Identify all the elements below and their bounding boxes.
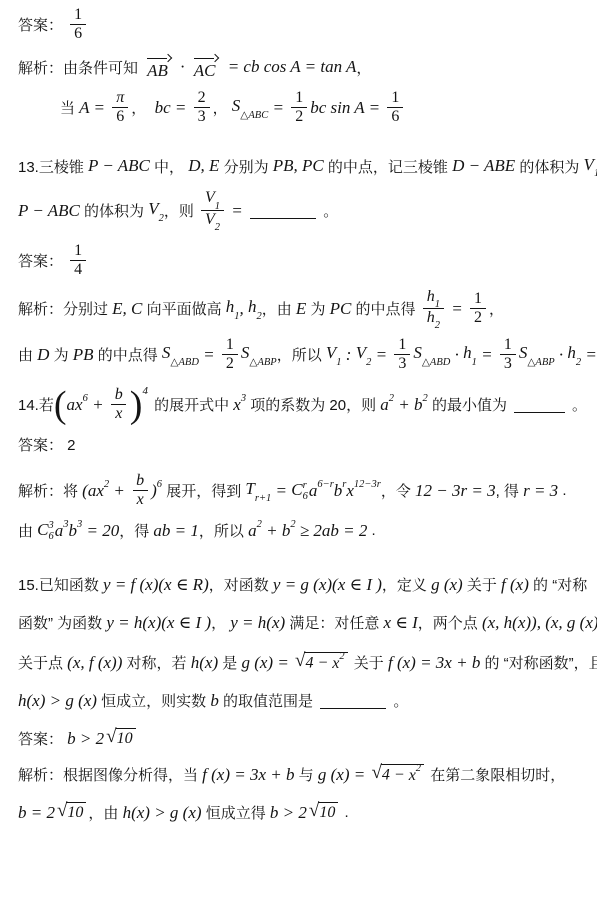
text-run: 的中点，记三棱锥 xyxy=(324,156,452,177)
math-run: h(x) > g (x) xyxy=(123,803,202,823)
fraction-numerator: b xyxy=(132,472,148,490)
text-run: 为 xyxy=(49,344,72,365)
math-symbol-sup: x2 xyxy=(332,655,344,672)
math-symbol-sub: S△ABC xyxy=(232,96,268,119)
fraction-denominator: h2 xyxy=(423,308,444,330)
math-run: 4 − xyxy=(305,655,332,672)
math-run: = xyxy=(447,299,467,319)
fraction-numerator: 2 xyxy=(194,89,210,107)
fraction-numerator: V1 xyxy=(201,189,224,210)
text-run: 在第二象限相切时， xyxy=(426,764,565,785)
fraction: π6 xyxy=(112,89,128,127)
math-run: ab = 1 xyxy=(153,521,198,541)
math-run: f (x) = 3x + b xyxy=(202,765,294,785)
answer-blank xyxy=(514,397,565,413)
text-run: 的取值范围是 xyxy=(219,690,317,711)
fraction-denominator: x xyxy=(111,404,126,423)
math-symbol-sup: ax2 xyxy=(88,481,109,501)
radicand: 4 − x2 xyxy=(304,652,347,672)
math-run: 10 xyxy=(319,804,335,821)
math-symbol-sub: S△ABP xyxy=(519,343,555,366)
answer-blank xyxy=(320,693,386,709)
math-run: b xyxy=(210,691,219,711)
fraction-denominator: V2 xyxy=(201,210,224,232)
fraction: 23 xyxy=(194,89,210,127)
text-run: 15.已知函数 xyxy=(18,574,103,595)
math-run: (x, h(x)), (x, g (x)) xyxy=(482,613,597,633)
math-run: (x, f (x)) xyxy=(67,653,122,673)
text-run: 。 xyxy=(319,200,338,221)
math-symbol-sub: V1 xyxy=(205,189,220,206)
math-run: f (x) = 3x + b xyxy=(388,653,480,673)
radicand: 4 − x2 xyxy=(381,764,424,784)
fraction-numerator: h1 xyxy=(423,288,444,309)
math-run: π xyxy=(116,89,124,106)
fraction: 13 xyxy=(500,336,516,374)
math-run: E, C xyxy=(112,299,142,319)
text-run: 答案： xyxy=(18,728,67,749)
math-run: D, E xyxy=(188,156,219,176)
text-run: ， xyxy=(211,612,230,633)
fraction-denominator: 6 xyxy=(387,107,403,126)
text-run: ，所以 xyxy=(199,520,248,541)
vector-symbol: AC xyxy=(192,54,221,81)
q12-analysis-line-2: 当 A = π6， bc = 23， S△ABC = 12bc sin A = … xyxy=(60,89,587,127)
math-run: b xyxy=(136,472,144,489)
math-symbol-sub: h2 xyxy=(248,297,262,320)
math-run: b > 2 xyxy=(67,729,104,749)
q14-answer-line: 答案： 2 xyxy=(18,434,587,456)
math-symbol-sub: h1 xyxy=(427,288,440,305)
q13-statement-line-2: P − ABC 的体积为 V2，则 V1V2 = 。 xyxy=(18,189,587,231)
text-run: 答案： xyxy=(18,14,67,35)
math-symbol-sub: V2 xyxy=(356,343,372,366)
sqrt-expression: √4 − x2 xyxy=(295,652,348,673)
math-run: bc sin A = xyxy=(310,98,384,118)
math-run: = xyxy=(581,345,597,365)
radicand: 10 xyxy=(116,728,136,748)
text-run: 关于点 xyxy=(18,652,67,673)
text-run: 函数” 为函数 xyxy=(18,612,106,633)
math-run: x xyxy=(137,491,144,508)
fraction-denominator: 2 xyxy=(470,308,486,327)
math-run: b = 2 xyxy=(18,803,55,823)
text-run: 向平面做高 xyxy=(142,298,225,319)
fraction: 13 xyxy=(394,336,410,374)
text-run: 恒成立得 xyxy=(202,802,270,823)
text-run: . xyxy=(367,522,375,539)
text-run: , 得 xyxy=(496,480,524,501)
math-run: b xyxy=(115,386,123,403)
math-symbol-sub: V2 xyxy=(148,199,164,222)
math-symbol-sub: h2 xyxy=(567,343,581,366)
math-solution-document: 答案： 16 解析：由条件可知 AB · AC = cb cos A = tan… xyxy=(0,0,597,903)
fraction-denominator: 3 xyxy=(194,107,210,126)
q15-analysis-line-2: b = 2√10，由 h(x) > g (x) 恒成立得 b > 2√10 . xyxy=(18,802,587,824)
math-run: = xyxy=(227,201,247,221)
text-run: 的中点得 xyxy=(94,344,162,365)
q15-statement-line-4: h(x) > g (x) 恒成立，则实数 b 的取值范围是 。 xyxy=(18,690,587,712)
math-symbol-sub: V1 xyxy=(584,155,597,178)
fraction-denominator: 2 xyxy=(291,107,307,126)
math-symbol-sub: S△ABD xyxy=(162,343,199,366)
math-run: g (x) xyxy=(431,575,463,595)
fraction: bx xyxy=(111,386,127,424)
text-run: 的 “对称 xyxy=(529,574,587,595)
text-run: 答案： 2 xyxy=(18,434,76,455)
math-run: + xyxy=(394,395,414,415)
radical-sign: √ xyxy=(57,801,67,822)
sqrt-expression: √10 xyxy=(57,802,86,823)
text-run: 的 “对称函数”，且 xyxy=(480,652,597,673)
text-run: ，对函数 xyxy=(209,574,273,595)
text-run: ，得 xyxy=(119,520,153,541)
math-run: + xyxy=(88,395,108,415)
stacked-indices: r6 xyxy=(303,480,308,502)
q14-analysis-line-1: 解析：将 (ax2 + bx)6 展开，得到 Tr+1 = Cr6a6−rbrx… xyxy=(18,472,587,510)
math-run: f (x) xyxy=(501,575,529,595)
sqrt-expression: √10 xyxy=(309,802,338,823)
math-run: PC xyxy=(330,299,352,319)
fraction-numerator: 1 xyxy=(394,336,410,354)
text-run: ，定义 xyxy=(382,574,431,595)
q15-statement-line-2: 函数” 为函数 y = h(x)(x ∈ I )， y = h(x) 满足：对任… xyxy=(18,612,587,634)
math-symbol-sub: S△ABD xyxy=(413,343,450,366)
text-run: . xyxy=(558,482,566,499)
fraction-denominator: 3 xyxy=(500,354,516,373)
q14-statement-line: 14.若(ax6 + bx)4 的展开式中 x3 项的系数为 20，则 a2 +… xyxy=(18,382,587,428)
math-run: h(x) xyxy=(191,653,218,673)
math-run: · xyxy=(176,57,189,77)
text-run: 分别为 xyxy=(219,156,272,177)
text-run: 的最小值为 xyxy=(428,394,511,415)
text-run: 的体积为 xyxy=(80,200,148,221)
text-run: ， xyxy=(356,57,371,78)
math-symbol-sup: a2 xyxy=(380,395,394,415)
math-symbol-sup: x2 xyxy=(409,767,421,784)
math-run: + xyxy=(109,481,129,501)
math-symbol-sup: b3 xyxy=(69,521,83,541)
text-run: 恒成立，则实数 xyxy=(97,690,210,711)
text-run: 答案： xyxy=(18,250,67,271)
math-symbol-supsub: Cr6 xyxy=(291,480,309,502)
fraction: bx xyxy=(132,472,148,510)
math-run: g (x) = xyxy=(318,765,370,785)
big-paren: ) xyxy=(130,382,143,428)
text-run: 。 xyxy=(568,394,587,415)
text-run: 解析：由条件可知 xyxy=(18,57,142,78)
math-symbol-supsub: C36 xyxy=(37,520,55,542)
math-symbol-sub: Tr+1 xyxy=(245,479,271,502)
text-run: ， xyxy=(131,97,154,118)
math-run: = xyxy=(199,345,219,365)
math-symbol-sup: ax6 xyxy=(67,395,88,415)
math-symbol-sup: a3 xyxy=(55,521,69,541)
math-symbol-sup: br xyxy=(334,481,347,501)
fraction-denominator: 6 xyxy=(70,24,86,43)
fraction: 12 xyxy=(470,290,486,328)
radical-sign: √ xyxy=(309,801,319,822)
fraction: 12 xyxy=(291,89,307,127)
fraction: 16 xyxy=(387,89,403,127)
math-run: y = h(x)(x ∈ I ) xyxy=(106,613,211,633)
radicand: 10 xyxy=(318,802,338,822)
fraction: 12 xyxy=(222,336,238,374)
q15-statement-line-3: 关于点 (x, f (x)) 对称，若 h(x) 是 g (x) = √4 − … xyxy=(18,652,587,674)
radical-sign: √ xyxy=(106,727,116,748)
fraction: h1h2 xyxy=(423,288,444,330)
q13-analysis-line-1: 解析：分别过 E, C 向平面做高 h1, h2，由 E 为 PC 的中点得 h… xyxy=(18,288,587,330)
math-run: = xyxy=(477,345,497,365)
fraction-numerator: 1 xyxy=(291,89,307,107)
text-run: 解析：分别过 xyxy=(18,298,112,319)
text-run: ，由 xyxy=(262,298,296,319)
math-run: D − ABE xyxy=(452,156,515,176)
math-run: E xyxy=(296,299,306,319)
math-symbol-sub: h1 xyxy=(226,297,240,320)
answer-blank xyxy=(250,203,316,219)
fraction-denominator: 2 xyxy=(222,354,238,373)
math-run: r = 3 xyxy=(523,481,558,501)
math-run: PB xyxy=(73,345,94,365)
math-run: 10 xyxy=(117,730,133,747)
fraction-denominator: 4 xyxy=(70,260,86,279)
text-run: ，则 xyxy=(164,200,198,221)
text-run: 满足：对任意 xyxy=(285,612,383,633)
math-run: y = g (x)(x ∈ I ) xyxy=(273,575,382,595)
text-run: 的中点得 xyxy=(351,298,419,319)
text-run: 展开，得到 xyxy=(162,480,245,501)
text-run: ， xyxy=(213,97,232,118)
q12-analysis-line-1: 解析：由条件可知 AB · AC = cb cos A = tan A， xyxy=(18,54,587,81)
text-run: 13.三棱锥 xyxy=(18,156,88,177)
sqrt-expression: √4 − x2 xyxy=(371,764,424,785)
text-run: 由 xyxy=(18,520,37,541)
fraction-numerator: 1 xyxy=(500,336,516,354)
text-run: 的展开式中 xyxy=(150,394,233,415)
text-run: ， xyxy=(489,298,504,319)
math-symbol-sub: h2 xyxy=(427,309,440,326)
radicand: 10 xyxy=(66,802,86,822)
math-run: 12 − 3r = 3 xyxy=(415,481,496,501)
math-run: x ∈ I xyxy=(384,613,418,633)
math-run: x xyxy=(115,405,122,422)
sqrt-expression: √10 xyxy=(106,728,135,749)
text-run: 对称，若 xyxy=(122,652,190,673)
math-run: PB, PC xyxy=(273,156,324,176)
math-run: , xyxy=(240,299,249,319)
fraction: V1V2 xyxy=(201,189,224,231)
math-run: : xyxy=(342,345,356,365)
vector-symbol: AB xyxy=(145,54,173,81)
math-run: = 20 xyxy=(82,521,119,541)
math-symbol-sup: x12−3r xyxy=(346,481,380,501)
text-run: ，所以 xyxy=(277,344,326,365)
q15-answer-line: 答案： b > 2√10 xyxy=(18,728,587,750)
fraction-numerator: π xyxy=(112,89,128,107)
math-symbol-sup: x3 xyxy=(233,395,246,415)
math-symbol-sup: a2 xyxy=(248,521,262,541)
text-run: 14.若 xyxy=(18,394,54,415)
math-run: bc = xyxy=(155,98,191,118)
text-run: 的体积为 xyxy=(515,156,583,177)
text-run: ，令 xyxy=(381,480,415,501)
fraction-numerator: 1 xyxy=(387,89,403,107)
fraction-numerator: 1 xyxy=(222,336,238,354)
text-run: ，两个点 xyxy=(418,612,482,633)
q12-answer-line: 答案： 16 xyxy=(18,6,587,44)
math-run: y = h(x) xyxy=(230,613,285,633)
math-run: A = xyxy=(79,98,109,118)
math-run: P − ABC xyxy=(88,156,150,176)
q14-analysis-line-2: 由 C36a3b3 = 20，得 ab = 1，所以 a2 + b2 ≥ 2ab… xyxy=(18,520,587,542)
math-symbol-sup: a6−r xyxy=(309,481,334,501)
fraction-numerator: 1 xyxy=(470,290,486,308)
text-run: 中， xyxy=(150,156,188,177)
text-run: 关于 xyxy=(350,652,388,673)
math-run: g (x) = xyxy=(241,653,293,673)
text-run: 。 xyxy=(389,690,408,711)
math-run: y = f (x)(x ∈ R) xyxy=(103,575,209,595)
math-run: = xyxy=(268,98,288,118)
text-run: 项的系数为 20，则 xyxy=(246,394,380,415)
q15-analysis-line-1: 解析：根据图像分析得，当 f (x) = 3x + b 与 g (x) = √4… xyxy=(18,764,587,786)
fraction-denominator: 3 xyxy=(394,354,410,373)
fraction: 14 xyxy=(70,242,86,280)
text-run: 当 xyxy=(60,97,79,118)
text-run: 由 xyxy=(18,344,37,365)
math-symbol-sub: V2 xyxy=(205,211,220,228)
text-run: . xyxy=(340,804,348,821)
math-run: = xyxy=(271,481,291,501)
q13-statement-line-1: 13.三棱锥 P − ABC 中， D, E 分别为 PB, PC 的中点，记三… xyxy=(18,155,587,178)
math-run: D xyxy=(37,345,49,365)
text-run: ，由 xyxy=(88,802,122,823)
math-run: ≥ 2ab = 2 xyxy=(296,521,368,541)
math-run: 10 xyxy=(67,804,83,821)
q15-statement-line-1: 15.已知函数 y = f (x)(x ∈ R)，对函数 y = g (x)(x… xyxy=(18,574,587,596)
math-run: · xyxy=(555,345,568,365)
math-symbol-sup: b2 xyxy=(282,521,296,541)
text-run: 与 xyxy=(295,764,318,785)
math-symbol-sub: S△ABP xyxy=(241,343,277,366)
fraction-denominator: 6 xyxy=(112,107,128,126)
q13-answer-line: 答案： 14 xyxy=(18,242,587,280)
fraction-numerator: 1 xyxy=(70,242,86,260)
math-run: 4 − xyxy=(382,767,409,784)
math-run: b > 2 xyxy=(270,803,307,823)
text-run: 是 xyxy=(218,652,241,673)
radical-sign: √ xyxy=(295,651,305,672)
math-run: = xyxy=(371,345,391,365)
math-symbol-sup: b2 xyxy=(414,395,428,415)
text-run: 解析：将 xyxy=(18,480,82,501)
paren-exponent: 4 xyxy=(142,385,148,397)
q13-analysis-line-2: 由 D 为 PB 的中点得 S△ABD = 12S△ABP，所以 V1 : V2… xyxy=(18,336,587,374)
fraction-numerator: 1 xyxy=(70,6,86,24)
big-paren: ( xyxy=(54,382,67,428)
math-symbol-sub: V1 xyxy=(326,343,342,366)
math-run: P − ABC xyxy=(18,201,80,221)
math-run: h(x) > g (x) xyxy=(18,691,97,711)
text-run: 为 xyxy=(306,298,329,319)
text-run: 解析：根据图像分析得，当 xyxy=(18,764,202,785)
math-run: · xyxy=(450,345,463,365)
radical-sign: √ xyxy=(371,763,381,784)
text-run: 关于 xyxy=(463,574,501,595)
stacked-indices: 36 xyxy=(49,520,54,542)
math-run: = cb cos A = tan A xyxy=(223,57,356,77)
math-symbol-sub: h1 xyxy=(463,343,477,366)
fraction: 16 xyxy=(70,6,86,44)
fraction-numerator: b xyxy=(111,386,127,404)
math-run: + xyxy=(262,521,282,541)
fraction-denominator: x xyxy=(133,490,148,509)
